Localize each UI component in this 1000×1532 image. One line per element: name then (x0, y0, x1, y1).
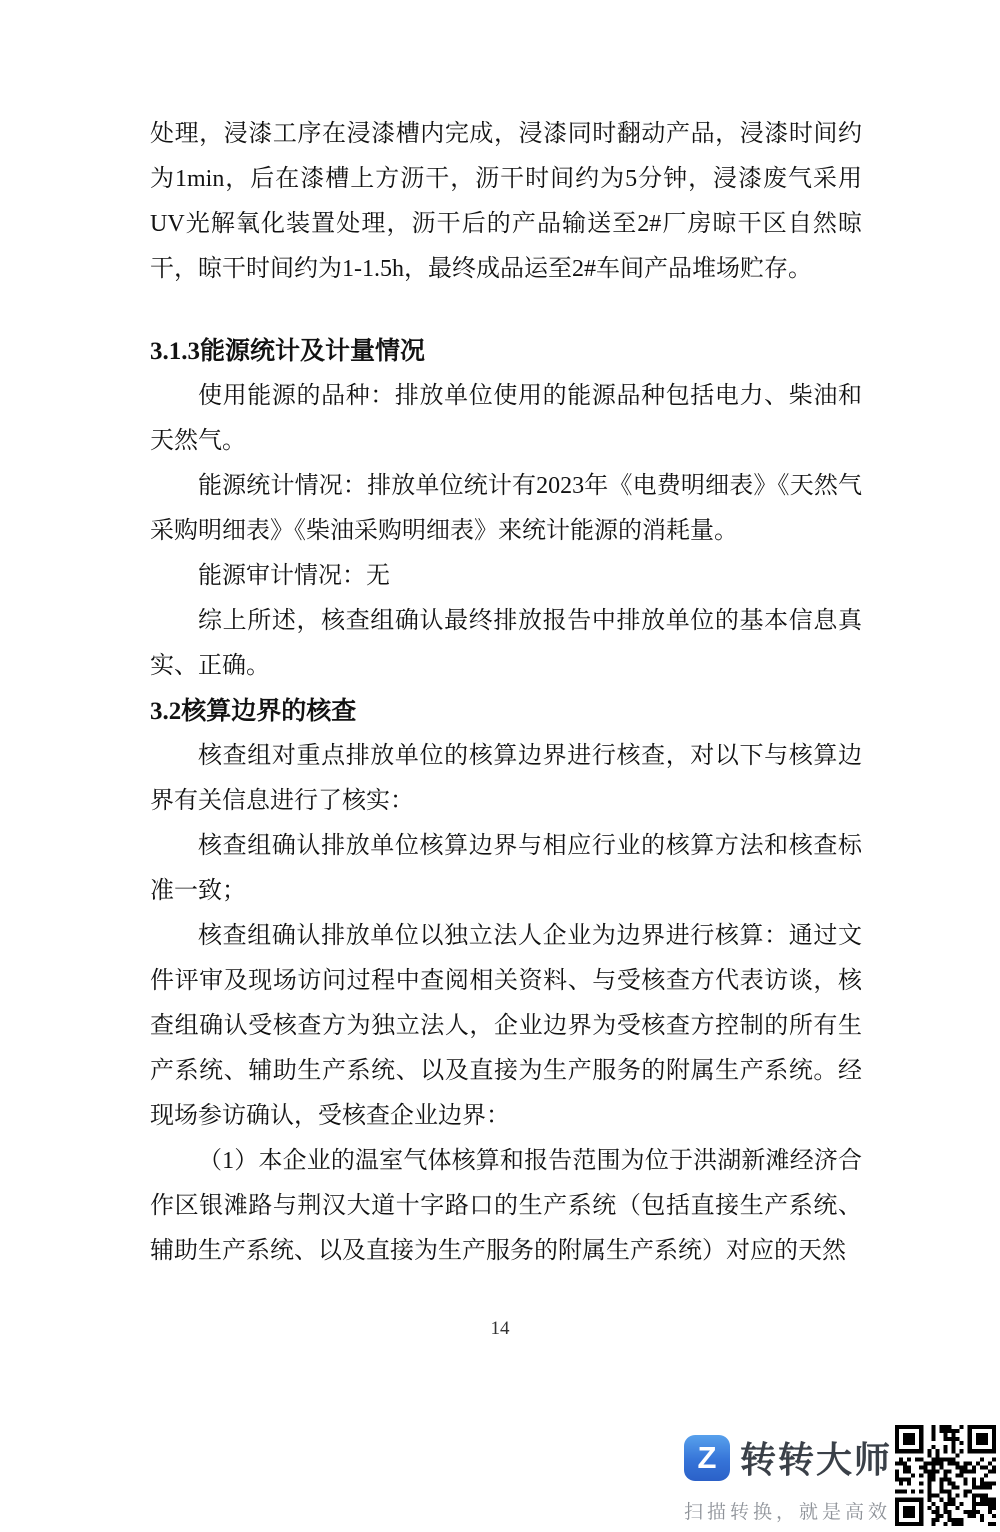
qr-code-icon (895, 1425, 996, 1526)
brand-tagline: 扫描转换，就是高效 (684, 1497, 892, 1524)
paragraph-dip-coating-process: 处理，浸漆工序在浸漆槽内完成，浸漆同时翻动产品，浸漆时间约为1min，后在漆槽上… (150, 112, 862, 292)
paragraph-boundary-method-consistency: 核查组确认排放单位核算边界与相应行业的核算方法和核查标准一致； (150, 824, 862, 914)
watermark-brand: Z 转转大师 扫描转换，就是高效 (684, 1432, 892, 1524)
paragraph-energy-audit: 能源审计情况：无 (150, 554, 862, 599)
page-number: 14 (0, 1318, 1000, 1340)
document-content: 处理，浸漆工序在浸漆槽内完成，浸漆同时翻动产品，浸漆时间约为1min，后在漆槽上… (150, 112, 862, 1274)
paragraph-ghg-reporting-scope: （1）本企业的温室气体核算和报告范围为位于洪湖新滩经济合作区银滩路与荆汉大道十字… (150, 1139, 862, 1274)
paragraph-legal-entity-boundary: 核查组确认排放单位以独立法人企业为边界进行核算：通过文件评审及现场访问过程中查阅… (150, 914, 862, 1139)
brand-name: 转转大师 (740, 1432, 892, 1483)
paragraph-boundary-verification: 核查组对重点排放单位的核算边界进行核查，对以下与核算边界有关信息进行了核实： (150, 734, 862, 824)
zhuanzhuan-logo-icon: Z (684, 1435, 730, 1481)
paragraph-summary-confirmation: 综上所述，核查组确认最终排放报告中排放单位的基本信息真实、正确。 (150, 599, 862, 689)
paragraph-energy-statistics: 能源统计情况：排放单位统计有2023年《电费明细表》《天然气采购明细表》《柴油采… (150, 464, 862, 554)
heading-3-1-3-energy-statistics: 3.1.3能源统计及计量情况 (150, 329, 862, 374)
paragraph-energy-types: 使用能源的品种：排放单位使用的能源品种包括电力、柴油和天然气。 (150, 374, 862, 464)
heading-3-2-accounting-boundary: 3.2核算边界的核查 (150, 689, 862, 734)
